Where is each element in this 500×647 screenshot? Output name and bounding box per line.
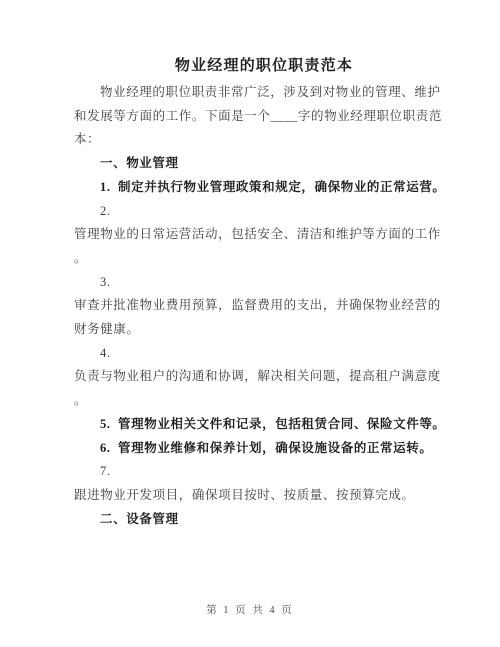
list-item-7-number: 7. bbox=[74, 460, 436, 484]
page-number-label: 第 1 页 共 4 页 bbox=[206, 605, 294, 616]
list-item-4-period: 。 bbox=[74, 389, 436, 413]
intro-line-3: 本： bbox=[74, 128, 436, 152]
list-item-7-text: 跟进物业开发项目，确保项目按时、按质量、按预算完成。 bbox=[74, 484, 436, 508]
list-item-2-text: 管理物业的日常运营活动，包括安全、清洁和维护等方面的工作 bbox=[74, 223, 436, 247]
list-item-4-text: 负责与物业租户的沟通和协调，解决相关问题，提高租户满意度 bbox=[74, 365, 436, 389]
list-item-3-text-1: 审查并批准物业费用预算，监督费用的支出，并确保物业经营的 bbox=[74, 294, 436, 318]
list-item-3-text-2: 财务健康。 bbox=[74, 318, 436, 342]
page-footer: 第 1 页 共 4 页 bbox=[0, 602, 500, 617]
list-item-1: 1. 制定并执行物业管理政策和规定，确保物业的正常运营。 bbox=[74, 176, 436, 200]
list-item-6: 6. 管理物业维修和保养计划，确保设施设备的正常运转。 bbox=[74, 437, 436, 461]
section-heading-equipment-management: 二、设备管理 bbox=[74, 508, 436, 532]
document-page: 物业经理的职位职责范本 物业经理的职位职责非常广泛，涉及到对物业的管理、维护 和… bbox=[0, 0, 500, 647]
document-content: 物业经理的职位职责范本 物业经理的职位职责非常广泛，涉及到对物业的管理、维护 和… bbox=[74, 53, 436, 531]
list-item-2-number: 2. bbox=[74, 200, 436, 224]
intro-line-1: 物业经理的职位职责非常广泛，涉及到对物业的管理、维护 bbox=[74, 81, 436, 105]
list-item-4-number: 4. bbox=[74, 342, 436, 366]
intro-line-2: 和发展等方面的工作。下面是一个____字的物业经理职位职责范 bbox=[74, 105, 436, 129]
list-item-2-period: 。 bbox=[74, 247, 436, 271]
list-item-5: 5. 管理物业相关文件和记录，包括租赁合同、保险文件等。 bbox=[74, 413, 436, 437]
document-title: 物业经理的职位职责范本 bbox=[74, 53, 436, 79]
list-item-3-number: 3. bbox=[74, 271, 436, 295]
section-heading-property-management: 一、物业管理 bbox=[74, 152, 436, 176]
